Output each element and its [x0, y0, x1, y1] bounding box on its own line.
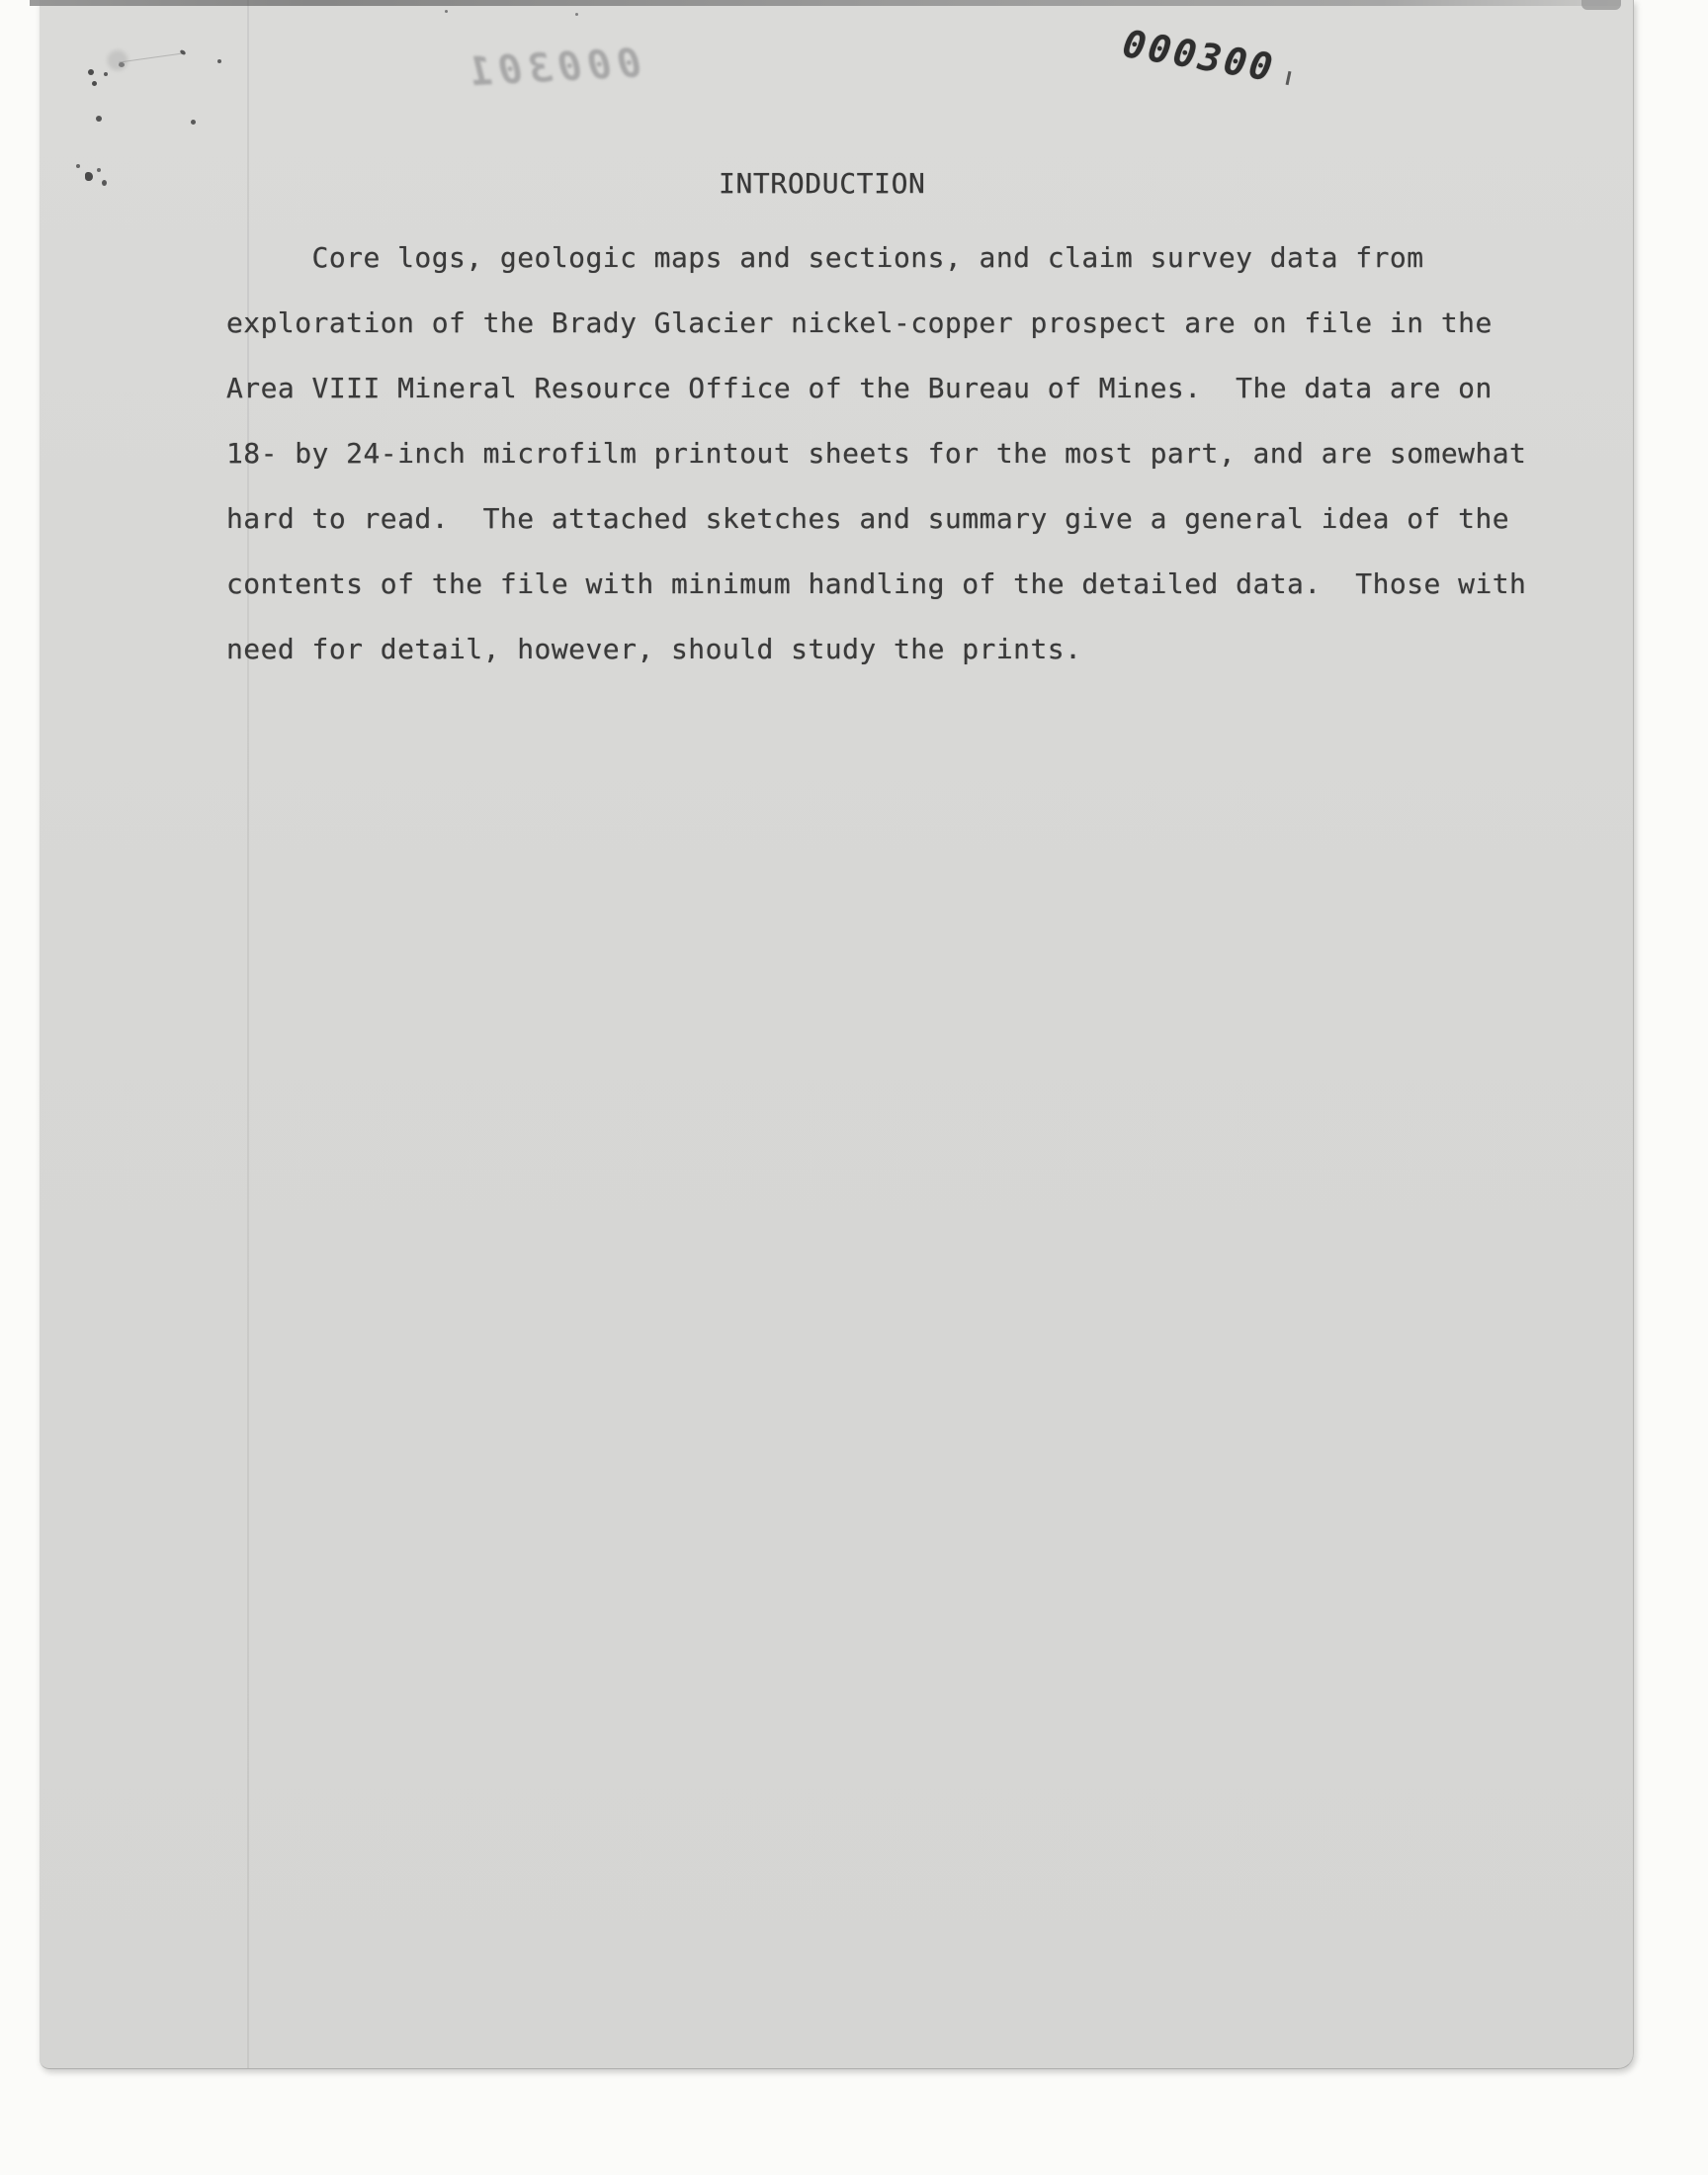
- text-line: Area VIII Mineral Resource Office of the…: [226, 356, 1571, 421]
- ink-speck: [119, 62, 125, 67]
- ink-speck: [179, 49, 186, 56]
- text-line: hard to read. The attached sketches and …: [226, 486, 1571, 552]
- ink-speck: [96, 116, 102, 122]
- bleedthrough-page-number: 000301: [462, 41, 642, 95]
- section-heading: INTRODUCTION: [719, 170, 926, 198]
- ink-speck: [445, 10, 448, 13]
- ink-speck: [217, 59, 221, 63]
- scanner-edge-blob: [1581, 0, 1621, 10]
- ink-speck: [88, 69, 94, 75]
- ink-speck: [102, 180, 107, 186]
- text-line: Core logs, geologic maps and sections, a…: [226, 225, 1571, 291]
- page-number-stamp: 000300: [1120, 22, 1278, 90]
- text-line: exploration of the Brady Glacier nickel-…: [226, 291, 1571, 356]
- text-line: contents of the file with minimum handli…: [226, 552, 1571, 617]
- ink-speck: [104, 72, 108, 76]
- ink-speck: [97, 168, 101, 172]
- text-line: 18- by 24-inch microfilm printout sheets…: [226, 421, 1571, 486]
- ink-speck: [575, 13, 578, 16]
- scanner-top-edge: [30, 0, 1621, 6]
- text-line: need for detail, however, should study t…: [226, 617, 1571, 682]
- ink-speck: [85, 172, 93, 181]
- ink-speck: [76, 164, 80, 168]
- scan-background: 000301 000300 INTRODUCTION Core logs, ge…: [0, 0, 1708, 2175]
- ink-speck: [92, 81, 97, 86]
- ink-speck: [191, 120, 196, 125]
- stamp-stray-mark: [1286, 71, 1292, 85]
- paragraph: Core logs, geologic maps and sections, a…: [226, 225, 1571, 682]
- document-page: 000301 000300 INTRODUCTION Core logs, ge…: [40, 0, 1634, 2069]
